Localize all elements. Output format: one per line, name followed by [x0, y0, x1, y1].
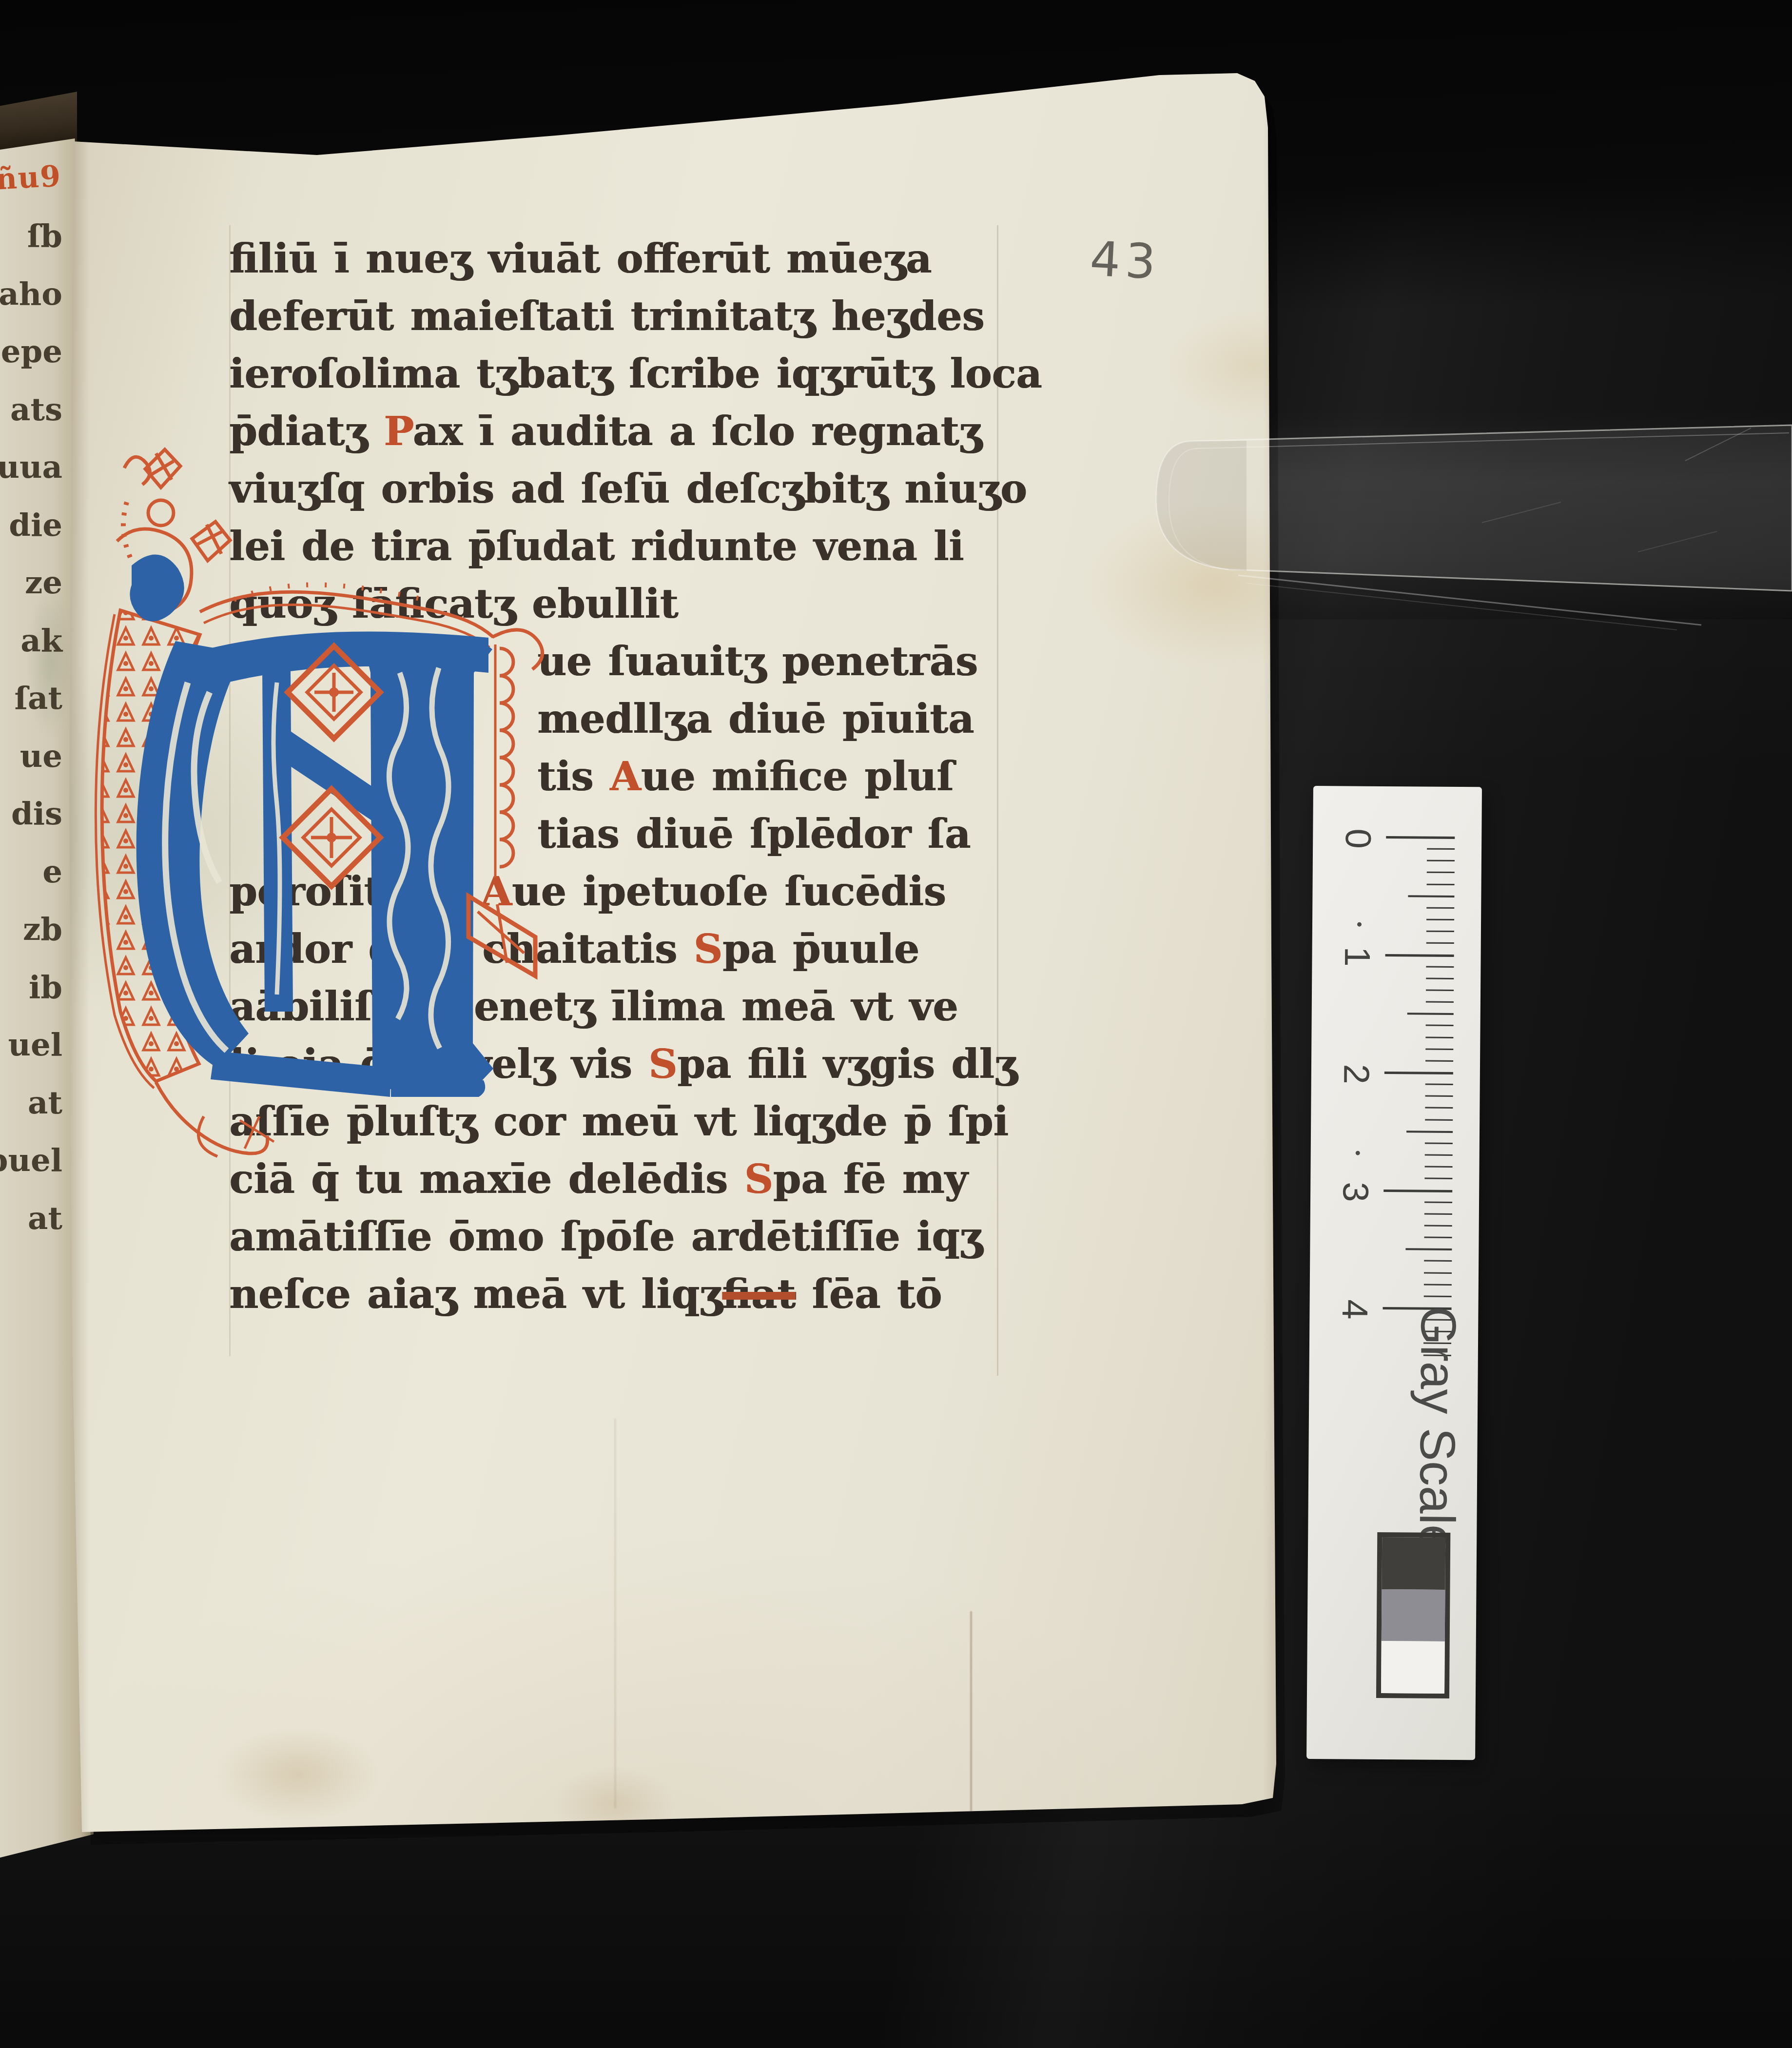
facing-fragment: at	[0, 1190, 62, 1248]
facing-fragment: ats	[0, 381, 62, 439]
photograph-canvas: ñu9 ſbahoepeatsuuadiezeakſatuedisezbibue…	[0, 0, 1792, 2048]
ruler-tick-mm	[1426, 990, 1454, 991]
ruler-dot	[1356, 1151, 1360, 1155]
facing-fragment: puel	[0, 1132, 62, 1190]
ruler-tick-mm	[1424, 1213, 1452, 1214]
parchment-crease	[614, 1419, 616, 1809]
grayscale-patch	[1376, 1532, 1450, 1698]
facing-rubric-fragment: ñu9	[0, 159, 62, 197]
ruler-tick-half	[1406, 1131, 1453, 1133]
ruler-tick-mm	[1424, 1284, 1452, 1285]
facing-fragment	[0, 1248, 62, 1306]
facing-text-fragments: ſbahoepeatsuuadiezeakſatuedisezbibuelatp…	[0, 208, 62, 1306]
ruler-tick-half	[1408, 895, 1454, 897]
ruler-digit: 0	[1337, 820, 1379, 857]
ruler-digit: 3	[1335, 1173, 1377, 1210]
ruler-tick-mm	[1425, 1048, 1453, 1050]
ruler-digit: 2	[1336, 1056, 1378, 1092]
ruler-tick-mm	[1425, 1119, 1453, 1120]
facing-fragment: ak	[0, 612, 62, 670]
ruler-tick-mm	[1424, 1225, 1452, 1227]
ruler-tick-half	[1407, 1013, 1454, 1015]
ruler-tick-mm	[1425, 1107, 1453, 1109]
ruler-digit: 1	[1337, 938, 1379, 975]
facing-fragment: ue	[0, 728, 62, 786]
manuscript-line: neſce aiaʒ meā vt liqʒfiat ſēa tō	[229, 1266, 1042, 1323]
facing-fragment: e	[0, 843, 62, 901]
ruler-tick-mm	[1424, 1201, 1452, 1203]
ruler-tick-mm	[1426, 931, 1454, 932]
ruler-tick-mm	[1426, 977, 1454, 979]
facing-fragment: epe	[0, 323, 62, 381]
facing-fragment: zb	[0, 901, 62, 959]
ruler-tick-mm	[1426, 966, 1454, 967]
ruler-tick-mm	[1427, 860, 1455, 861]
ruler-tick-mm	[1425, 1036, 1453, 1038]
decorated-initial-A	[88, 419, 580, 1180]
ruler-tick-mm	[1427, 872, 1455, 873]
ruler-tick-mm	[1425, 1095, 1453, 1097]
facing-fragment: aho	[0, 266, 62, 324]
ruler-tick-cm	[1383, 1190, 1452, 1192]
ruler-tick-cm	[1384, 1072, 1453, 1074]
ruler-tick-mm	[1424, 1237, 1452, 1238]
parchment-crease	[970, 1611, 972, 1840]
ruler-tick-cm	[1386, 836, 1455, 839]
patch-mid-band	[1382, 1589, 1445, 1642]
ruler-digit: 4	[1334, 1291, 1376, 1328]
ruler-tick-mm	[1425, 1166, 1453, 1168]
manuscript-page: 43 filiū ī nueʒ viuāt offerūt mūeʒadefer…	[68, 68, 1280, 1835]
ruler-tick-mm	[1424, 1272, 1452, 1273]
ruler-tick-half	[1405, 1248, 1452, 1251]
ruler-tick-mm	[1426, 1025, 1454, 1026]
manuscript-line: deferūt maieſtati trinitatʒ heʒdes	[229, 288, 1042, 345]
ruler-tick-mm	[1424, 1178, 1452, 1179]
gray-scale-label: Gray Scale	[1408, 1306, 1467, 1552]
ruler-tick-mm	[1427, 883, 1455, 885]
ruler-dot	[1357, 922, 1362, 927]
facing-fragment: ſat	[0, 670, 62, 728]
facing-fragment: uel	[0, 1016, 62, 1074]
ruler-tick-mm	[1425, 1084, 1453, 1085]
facing-fragment: die	[0, 497, 62, 555]
manuscript-line: filiū ī nueʒ viuāt offerūt mūeʒa	[229, 230, 1042, 288]
folio-number-pencil: 43	[1089, 231, 1162, 290]
ruler-tick-cm	[1385, 954, 1454, 957]
ruler-tick-mm	[1425, 1143, 1453, 1144]
gray-scale-ruler-card: 01234 Gray Scale	[1306, 786, 1482, 1760]
manuscript-line: amātiſſīe ōmo ſpōſe ardētiſſīe iqʒ	[229, 1208, 1042, 1266]
ruler-tick-mm	[1425, 1154, 1453, 1156]
ruler-tick-mm	[1426, 907, 1454, 909]
facing-fragment: at	[0, 1074, 62, 1132]
facing-fragment: ſb	[0, 208, 62, 266]
ruler-tick-mm	[1424, 1260, 1452, 1262]
transparent-page-weight	[1141, 405, 1792, 658]
manuscript-line: ieroſolima tʒbatʒ ſcribe iqʒrūtʒ loca	[229, 345, 1042, 403]
ruler-tick-mm	[1425, 1060, 1453, 1061]
ruler-tick-mm	[1427, 848, 1455, 850]
ruler-tick-mm	[1424, 1295, 1452, 1297]
ruler-tick-mm	[1426, 942, 1454, 944]
facing-fragment: ib	[0, 959, 62, 1017]
ruler-tick-mm	[1426, 919, 1454, 920]
ruler-tick-mm	[1426, 1001, 1454, 1003]
facing-fragment: uua	[0, 439, 62, 497]
patch-white-band	[1381, 1641, 1445, 1694]
patch-dark-band	[1382, 1537, 1446, 1590]
facing-fragment: ze	[0, 554, 62, 612]
facing-fragment: dis	[0, 785, 62, 843]
